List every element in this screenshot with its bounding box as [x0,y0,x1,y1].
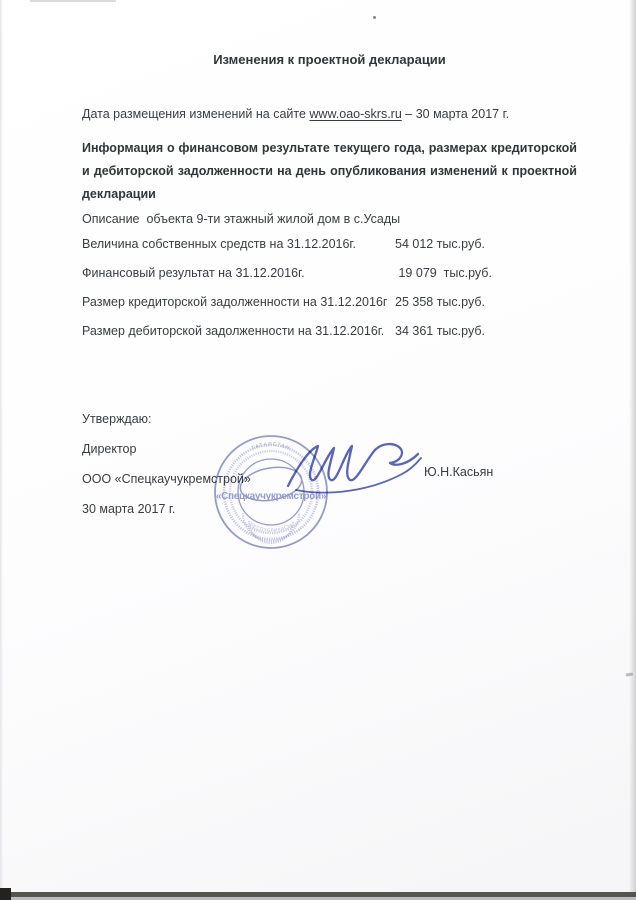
signer-name: Ю.Н.Касьян [424,464,493,480]
fin-value-creditor-debt: 25 358 тыс.руб. [395,294,485,310]
document-title: Изменения к проектной декларации [82,52,577,68]
scan-edge-top [30,0,116,2]
table-row: Финансовый результат на 31.12.2016г. 19 … [82,265,577,281]
scan-edge-right [629,0,636,900]
financial-info-heading: Информация о финансовом результате текущ… [82,137,577,206]
table-row: Размер дебиторской задолженности на 31.1… [82,323,577,339]
fin-label-result: Финансовый результат на 31.12.2016г. [82,265,395,281]
date-line-suffix: – 30 марта 2017 г. [402,107,509,121]
publication-date-line: Дата размещения изменений на сайте www.o… [82,106,577,122]
scanned-document-page: Изменения к проектной декларации Дата ра… [0,0,636,900]
scan-speck [373,16,376,19]
website-link: www.oao-skrs.ru [309,107,401,121]
object-description: Описание объекта 9-ти этажный жилой дом … [82,211,577,227]
scan-corner-bottom-left [0,888,11,900]
table-row: Величина собственных средств на 31.12.20… [82,236,577,252]
signature-icon [282,436,428,498]
fin-label-own-funds: Величина собственных средств на 31.12.20… [82,236,395,252]
table-row: Размер кредиторской задолженности на 31.… [82,294,577,310]
financial-rows: Величина собственных средств на 31.12.20… [82,236,577,339]
date-line-prefix: Дата размещения изменений на сайте [82,107,309,121]
fin-value-own-funds: 54 012 тыс.руб. [395,236,485,252]
scan-edge-left [0,0,3,900]
fin-value-result: 19 079 тыс.руб. [395,265,492,281]
approve-label: Утверждаю: [82,411,577,427]
fin-label-creditor-debt: Размер кредиторской задолженности на 31.… [82,294,395,310]
fin-label-debtor-debt: Размер дебиторской задолженности на 31.1… [82,323,395,339]
fin-value-debtor-debt: 34 361 тыс.руб. [395,323,485,339]
